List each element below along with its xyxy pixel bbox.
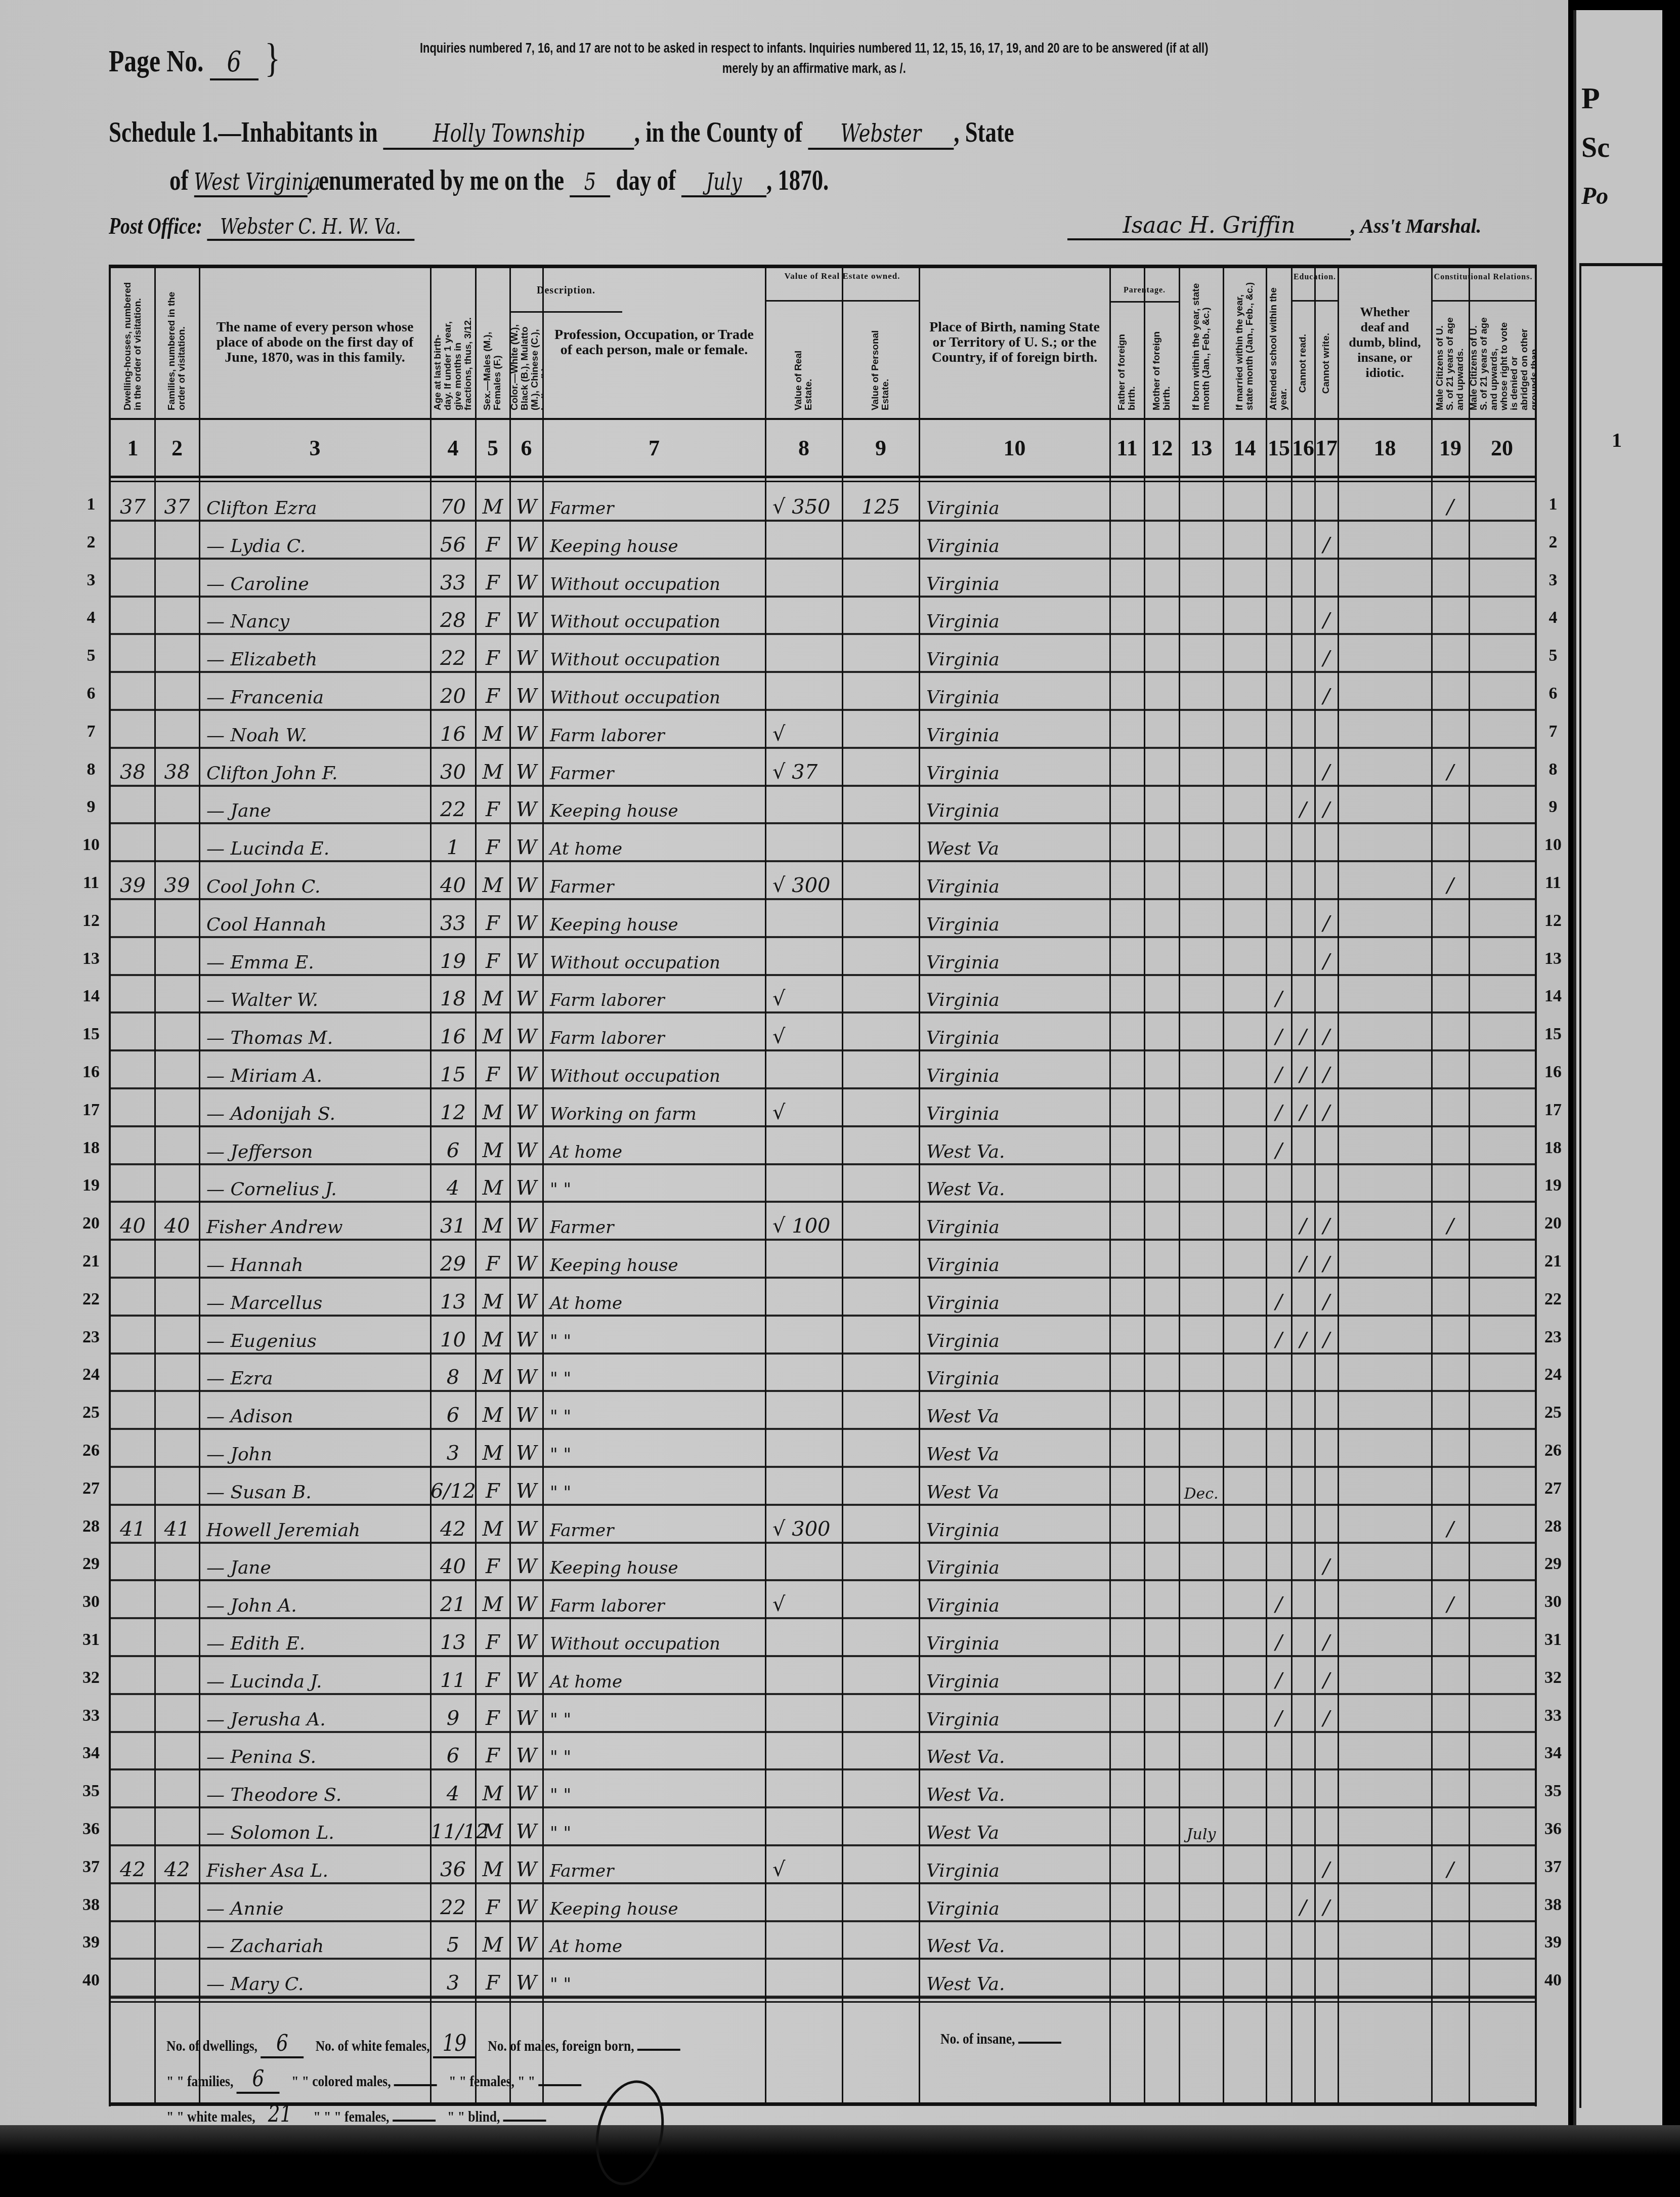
cell-age: 9 (430, 1707, 476, 1730)
line-number-right: 39 (1538, 1933, 1568, 1952)
cell-name: — Walter W. (206, 990, 430, 1010)
line-number-right: 31 (1538, 1630, 1568, 1650)
cell-occupation: Farm laborer (550, 1028, 765, 1048)
cell-birthplace: Virginia (926, 1633, 1110, 1654)
cell-dwelling: 37 (111, 495, 155, 519)
cell-name: — Eugenius (206, 1331, 430, 1351)
line-number-right: 9 (1538, 797, 1568, 817)
column-header-8: Value of Real Estate. (765, 313, 842, 414)
table-row: — Adison6MW" "West Va (111, 1392, 1535, 1430)
cell-age: 40 (430, 1555, 476, 1578)
column-number-11: 11 (1110, 420, 1144, 476)
cell-birthplace: Virginia (926, 1066, 1110, 1086)
column-divider (1338, 265, 1339, 2104)
column-header-15: Attended school within the year. (1266, 271, 1291, 414)
cell-c17: / (1315, 1214, 1338, 1238)
cell-age: 13 (430, 1631, 476, 1654)
notice-line-1: Inquiries numbered 7, 16, and 17 are not… (420, 38, 1208, 58)
line-number-left: 39 (76, 1933, 106, 1952)
cell-family: 38 (155, 761, 199, 784)
line-number-left: 14 (76, 987, 106, 1006)
line-number-left: 22 (76, 1290, 106, 1309)
cell-sex: M (476, 1366, 510, 1389)
cell-occupation: Without occupation (550, 688, 765, 708)
column-divider (842, 265, 843, 2104)
cell-c17: / (1315, 533, 1338, 557)
cell-birthplace: Virginia (926, 611, 1110, 632)
cell-c19: / (1432, 1214, 1469, 1238)
cell-c17: / (1315, 1063, 1338, 1086)
column-number-1: 1 (111, 420, 155, 476)
line-number-left: 33 (76, 1706, 106, 1725)
column-header-18: Whether deaf and dumb, blind, insane, or… (1338, 271, 1432, 414)
cell-age: 21 (430, 1593, 476, 1616)
cell-color: W (510, 1707, 543, 1730)
line-number-right: 38 (1538, 1895, 1568, 1915)
column-number-7: 7 (543, 420, 765, 476)
cell-c19: / (1432, 1517, 1469, 1541)
column-header-17: Cannot write. (1315, 313, 1338, 414)
cell-real-estate: √ 100 (772, 1214, 842, 1238)
cell-c15: / (1266, 1290, 1291, 1314)
column-header-6: Color.—White (W.), Black (B.), Mulatto (… (510, 313, 543, 414)
marshal-signature-line: Isaac H. Griffin, Ass't Marshal. (1067, 213, 1482, 240)
line-number-left: 26 (76, 1441, 106, 1460)
column-divider (475, 265, 477, 2104)
cell-sex: M (476, 1404, 510, 1427)
line-number-right: 21 (1538, 1252, 1568, 1271)
cell-age: 70 (430, 495, 476, 519)
cell-sex: F (476, 685, 510, 708)
column-divider (765, 265, 766, 2104)
cell-color: W (510, 1593, 543, 1616)
line-number-left: 3 (76, 571, 106, 590)
line-number-right: 37 (1538, 1857, 1568, 1877)
cell-c16: / (1291, 1214, 1315, 1238)
cell-color: W (510, 1101, 543, 1124)
cell-sex: F (476, 1631, 510, 1654)
cell-name: Fisher Andrew (206, 1217, 430, 1238)
dwellings-label: No. of dwellings, (166, 2038, 257, 2054)
females-foreign-label: " " females, " " (449, 2073, 535, 2090)
cell-age: 33 (430, 571, 476, 595)
cell-color: W (510, 533, 543, 557)
cell-birthplace: West Va. (926, 1747, 1110, 1767)
column-number-13: 13 (1179, 420, 1223, 476)
column-header-label: Cannot read. (1298, 334, 1308, 393)
cell-sex: M (476, 1782, 510, 1805)
families-count: 6 (237, 2066, 280, 2094)
insane-label: No. of insane, (940, 2031, 1015, 2047)
line-number-right: 5 (1538, 646, 1568, 665)
line-number-right: 35 (1538, 1782, 1568, 1801)
males-foreign-count (637, 2049, 680, 2051)
colnum-bottom-rule-2 (111, 481, 1535, 482)
cell-sex: M (476, 1328, 510, 1351)
cell-birthplace: Virginia (926, 725, 1110, 746)
cell-name: — Theodore S. (206, 1785, 430, 1805)
cell-age: 3 (430, 1971, 476, 1995)
cell-real-estate: √ 300 (772, 874, 842, 897)
table-row: — John A.21MWFarm laborer√Virginia// (111, 1581, 1535, 1619)
cell-birthplace: West Va (926, 1823, 1110, 1843)
cell-occupation: At home (550, 839, 765, 859)
cell-real-estate: √ (772, 1025, 842, 1048)
line-number-left: 40 (76, 1971, 106, 1990)
cell-color: W (510, 798, 543, 821)
cell-birthplace: Virginia (926, 1331, 1110, 1351)
cell-occupation: Farm laborer (550, 726, 765, 746)
column-divider (1314, 265, 1316, 2104)
cell-sex: M (476, 1442, 510, 1465)
colnum-bottom-rule-1 (111, 476, 1535, 478)
cell-name: — Adison (206, 1406, 430, 1427)
line-number-right: 27 (1538, 1479, 1568, 1498)
cell-age: 4 (430, 1782, 476, 1805)
cell-age: 13 (430, 1290, 476, 1314)
column-header-label: Age at last birth-day. If under 1 year, … (433, 317, 473, 410)
line-number-right: 19 (1538, 1176, 1568, 1195)
cell-real-estate: √ (772, 987, 842, 1010)
cell-family: 42 (155, 1858, 199, 1881)
table-row: — Adonijah S.12MWWorking on farm√Virgini… (111, 1089, 1535, 1127)
page-number: Page No. 6 } (109, 35, 280, 81)
table-row: — Susan B.6/12FW" "West VaDec. (111, 1468, 1535, 1506)
cell-color: W (510, 987, 543, 1010)
cell-birthplace: Virginia (926, 800, 1110, 821)
cell-birthplace: West Va (926, 838, 1110, 859)
cell-sex: M (476, 1517, 510, 1541)
line-number-right: 2 (1538, 533, 1568, 552)
column-header-label: Sex.—Males (M.), Females (F.) (483, 317, 503, 410)
cell-age: 16 (430, 1025, 476, 1048)
cell-occupation: At home (550, 1936, 765, 1957)
cell-sex: F (476, 1480, 510, 1503)
cell-birthplace: Virginia (926, 1709, 1110, 1730)
cell-birthplace: Virginia (926, 1520, 1110, 1541)
table-row: — Zachariah5MWAt homeWest Va. (111, 1922, 1535, 1960)
cell-sex: M (476, 1933, 510, 1957)
colored-males-label: " " colored males, (291, 2073, 391, 2090)
table-row: 4040Fisher Andrew31MWFarmer√ 100Virginia… (111, 1203, 1535, 1241)
cell-name: Cool John C. (206, 876, 430, 897)
column-header-14: If married within the year, state month … (1223, 271, 1266, 414)
cell-color: W (510, 1480, 543, 1503)
column-header-label: Mother of foreign birth. (1152, 317, 1172, 410)
line-number-left: 8 (76, 760, 106, 779)
marshal-label: , Ass't Marshal. (1351, 215, 1482, 237)
marshal-signature: Isaac H. Griffin (1067, 213, 1351, 240)
line-number-right: 6 (1538, 684, 1568, 703)
cell-dwelling: 40 (111, 1214, 155, 1238)
cell-color: W (510, 1933, 543, 1957)
cell-occupation: Farmer (550, 764, 765, 784)
line-number-left: 21 (76, 1252, 106, 1271)
column-divider (509, 265, 511, 2104)
blind-count (503, 2120, 546, 2122)
cell-occupation: Without occupation (550, 1066, 765, 1086)
line-number-right: 30 (1538, 1592, 1568, 1612)
cell-age: 19 (430, 950, 476, 973)
table-row: — Elizabeth22FWWithout occupationVirgini… (111, 635, 1535, 673)
line-number-left: 35 (76, 1782, 106, 1801)
table-row: — Jerusha A.9FW" "Virginia// (111, 1695, 1535, 1733)
column-header-5: Sex.—Males (M.), Females (F.) (476, 313, 510, 414)
females-foreign-count (538, 2084, 581, 2086)
dwellings-count: 6 (261, 2031, 304, 2058)
cell-name: — Ezra (206, 1368, 430, 1389)
line-number-left: 7 (76, 722, 106, 741)
cell-birthplace: Virginia (926, 1368, 1110, 1389)
cell-birthplace: Virginia (926, 763, 1110, 784)
column-divider (1431, 265, 1433, 2104)
of-label: of (169, 165, 188, 196)
cell-occupation: " " (550, 1974, 765, 1995)
line-number-right: 32 (1538, 1668, 1568, 1687)
cell-sex: F (476, 798, 510, 821)
cell-occupation: Farmer (550, 498, 765, 519)
column-header-20: Male Citizens of U. S. of 21 years of ag… (1469, 313, 1535, 414)
cell-birthplace: Virginia (926, 1671, 1110, 1692)
cell-occupation: Keeping house (550, 1255, 765, 1276)
table-row: — Marcellus13MWAt homeVirginia// (111, 1279, 1535, 1317)
cell-birthplace: West Va. (926, 1142, 1110, 1162)
cell-sex: M (476, 1176, 510, 1200)
cell-name: — Adonijah S. (206, 1104, 430, 1124)
cell-name: Fisher Asa L. (206, 1861, 430, 1881)
cell-age: 11 (430, 1669, 476, 1692)
cell-occupation: " " (550, 1710, 765, 1730)
line-number-right: 14 (1538, 987, 1568, 1006)
cell-color: W (510, 495, 543, 519)
cell-name: — Mary C. (206, 1974, 430, 1995)
column-header-10: Place of Birth, naming State or Territor… (919, 271, 1110, 414)
table-row: 4141Howell Jeremiah42MWFarmer√ 300Virgin… (111, 1506, 1535, 1544)
colored-females-count (393, 2120, 436, 2122)
line-number-left: 23 (76, 1328, 106, 1347)
cell-c16: / (1291, 1328, 1315, 1351)
cell-occupation: " " (550, 1823, 765, 1843)
line-number-left: 5 (76, 646, 106, 665)
cell-birthplace: West Va (926, 1444, 1110, 1465)
cell-c17: / (1315, 798, 1338, 821)
cell-color: W (510, 723, 543, 746)
cell-color: W (510, 1555, 543, 1578)
cell-color: W (510, 1517, 543, 1541)
cell-age: 28 (430, 609, 476, 632)
table-row: — Jane22FWKeeping houseVirginia// (111, 786, 1535, 824)
column-header-label: If born within the year, state month (Ja… (1191, 275, 1212, 410)
cell-sex: F (476, 1252, 510, 1276)
cell-c15: / (1266, 1101, 1291, 1124)
table-row: 3838Clifton John F.30MWFarmer√ 37Virgini… (111, 749, 1535, 787)
cell-age: 33 (430, 912, 476, 935)
cell-sex: M (476, 1214, 510, 1238)
cell-color: W (510, 950, 543, 973)
cell-color: W (510, 912, 543, 935)
cell-name: — Miriam A. (206, 1066, 430, 1086)
column-number-8: 8 (765, 420, 842, 476)
column-divider (1469, 265, 1470, 2104)
line-number-right: 29 (1538, 1554, 1568, 1574)
cell-age: 20 (430, 685, 476, 708)
adjacent-page-edge: P Sc Po 1 (1573, 10, 1662, 2135)
cell-c16: / (1291, 1252, 1315, 1276)
cell-birthplace: West Va. (926, 1179, 1110, 1200)
cell-sex: M (476, 987, 510, 1010)
post-office-field: Webster C. H. W. Va. (207, 214, 414, 241)
cell-occupation: Without occupation (550, 953, 765, 973)
cell-age: 10 (430, 1328, 476, 1351)
month-field: July (681, 168, 766, 197)
cell-occupation: " " (550, 1331, 765, 1351)
cell-c17: / (1315, 950, 1338, 973)
cell-c19: / (1432, 495, 1469, 519)
line-number-right: 28 (1538, 1517, 1568, 1536)
cell-c19: / (1432, 1858, 1469, 1881)
cell-name: — Jane (206, 1557, 430, 1578)
cell-color: W (510, 1669, 543, 1692)
cell-color: W (510, 1971, 543, 1995)
cell-name: — Lucinda E. (206, 838, 430, 859)
cell-c15: / (1266, 1139, 1291, 1162)
cell-age: 3 (430, 1442, 476, 1465)
cell-c17: / (1315, 1707, 1338, 1730)
cell-occupation: Keeping house (550, 1899, 765, 1919)
cell-name: — Caroline (206, 574, 430, 595)
line-number-left: 27 (76, 1479, 106, 1498)
cell-age: 6 (430, 1139, 476, 1162)
cell-age: 22 (430, 1896, 476, 1919)
cell-c16: / (1291, 1025, 1315, 1048)
cell-name: — Jerusha A. (206, 1709, 430, 1730)
county-field: Webster (808, 119, 954, 150)
cell-color: W (510, 571, 543, 595)
column-number-4: 4 (430, 420, 476, 476)
cell-color: W (510, 1782, 543, 1805)
adjacent-schedule-fragment: Sc (1581, 132, 1610, 164)
line-number-right: 24 (1538, 1365, 1568, 1384)
line-number-right: 23 (1538, 1328, 1568, 1347)
cell-color: W (510, 1176, 543, 1200)
table-row: — Eugenius10MW" "Virginia/// (111, 1317, 1535, 1355)
adjacent-post-fragment: Po (1581, 182, 1608, 210)
table-row: — Jane40FWKeeping houseVirginia/ (111, 1543, 1535, 1581)
column-header-label: Place of Birth, naming State or Territor… (919, 320, 1110, 365)
cell-sex: F (476, 1744, 510, 1767)
cell-c19: / (1432, 1593, 1469, 1616)
cell-dwelling: 38 (111, 761, 155, 784)
cell-name: Cool Hannah (206, 914, 430, 935)
column-header-label: If married within the year, state month … (1235, 275, 1255, 410)
column-number-9: 9 (842, 420, 919, 476)
cell-dwelling: 42 (111, 1858, 155, 1881)
cell-real-estate: √ 37 (772, 761, 842, 784)
line-number-right: 12 (1538, 911, 1568, 931)
cell-age: 40 (430, 874, 476, 897)
cell-age: 6 (430, 1404, 476, 1427)
cell-sex: F (476, 1896, 510, 1919)
table-row: — Caroline33FWWithout occupationVirginia (111, 560, 1535, 598)
footer-insane: No. of insane, (940, 2031, 1061, 2048)
instructions-notice: Inquiries numbered 7, 16, and 17 are not… (420, 38, 1208, 78)
post-office-line: Post Office: Webster C. H. W. Va. (109, 213, 414, 241)
column-number-19: 19 (1432, 420, 1469, 476)
cell-birthplace: Virginia (926, 1293, 1110, 1314)
state-label: , State (954, 117, 1014, 148)
day-field: 5 (570, 168, 610, 197)
cell-occupation: Without occupation (550, 574, 765, 595)
cell-birthplace: Virginia (926, 649, 1110, 670)
cell-sex: M (476, 1858, 510, 1881)
cell-c17: / (1315, 1631, 1338, 1654)
cell-age: 11/12 (430, 1820, 476, 1843)
column-header-11: Father of foreign birth. (1110, 313, 1144, 414)
line-number-left: 2 (76, 533, 106, 552)
cell-color: W (510, 1252, 543, 1276)
cell-name: — Nancy (206, 611, 430, 632)
line-number-right: 3 (1538, 571, 1568, 590)
cell-birthplace: West Va. (926, 1785, 1110, 1805)
cell-family: 41 (155, 1517, 199, 1541)
cell-family: 40 (155, 1214, 199, 1238)
notice-line-2: merely by an affirmative mark, as /. (420, 58, 1208, 78)
cell-birthplace: Virginia (926, 876, 1110, 897)
cell-color: W (510, 685, 543, 708)
cell-birthplace: Virginia (926, 1217, 1110, 1238)
cell-c16: / (1291, 1063, 1315, 1086)
state-field: West Virginia (194, 168, 308, 197)
data-bottom-rule-2 (111, 2001, 1535, 2003)
cell-real-estate: √ (772, 1101, 842, 1124)
cell-occupation: " " (550, 1179, 765, 1200)
column-number-14: 14 (1223, 420, 1266, 476)
column-header-3: The name of every person whose place of … (199, 271, 430, 414)
line-number-left: 19 (76, 1176, 106, 1195)
cell-color: W (510, 1896, 543, 1919)
cell-sex: F (476, 1063, 510, 1086)
cell-sex: F (476, 950, 510, 973)
cell-c15: / (1266, 1063, 1291, 1086)
cell-sex: M (476, 1820, 510, 1843)
cell-occupation: " " (550, 1785, 765, 1805)
cell-dwelling: 41 (111, 1517, 155, 1541)
cell-sex: M (476, 761, 510, 784)
adjacent-table-edge: 1 (1579, 263, 1662, 2108)
cell-color: W (510, 1025, 543, 1048)
cell-birthplace: Virginia (926, 1861, 1110, 1881)
cell-sex: F (476, 912, 510, 935)
table-row: 4242Fisher Asa L.36MWFarmer√Virginia// (111, 1846, 1535, 1884)
line-number-left: 11 (76, 873, 106, 893)
cell-sex: F (476, 609, 510, 632)
line-number-right: 1 (1538, 495, 1568, 514)
table-row: — Thomas M.16MWFarm laborer√Virginia/// (111, 1013, 1535, 1051)
cell-c17: / (1315, 1101, 1338, 1124)
cell-occupation: Farm laborer (550, 990, 765, 1010)
cell-birthplace: Virginia (926, 574, 1110, 595)
cell-age: 1 (430, 836, 476, 859)
line-number-left: 30 (76, 1592, 106, 1612)
cell-name: — Jane (206, 800, 430, 821)
column-header-label: The name of every person whose place of … (199, 320, 430, 365)
cell-occupation: Keeping house (550, 915, 765, 935)
line-number-right: 4 (1538, 608, 1568, 627)
line-number-left: 6 (76, 684, 106, 703)
cell-name: — Solomon L. (206, 1823, 430, 1843)
white-males-label: " " white males, (166, 2108, 255, 2125)
line-number-left: 9 (76, 797, 106, 817)
